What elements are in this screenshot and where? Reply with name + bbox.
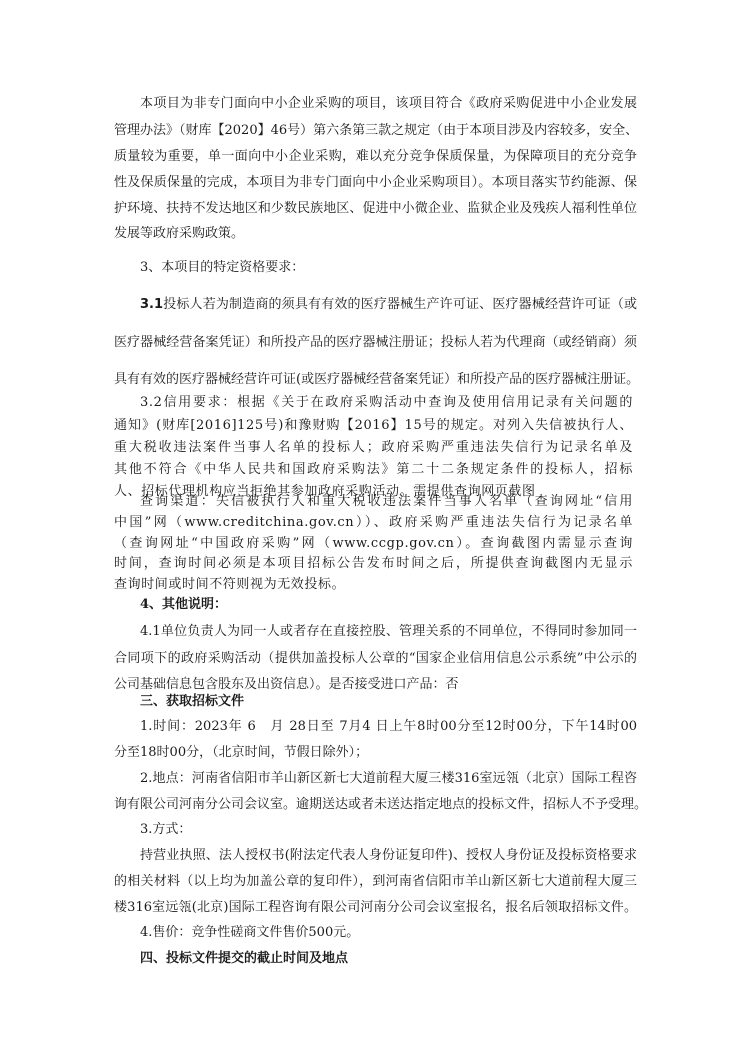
paragraph-line: 通知》(财库[2016]125号)和豫财购【2016】15号的规定。对列入失信被… — [114, 417, 633, 435]
paragraph-line: 中国”网（www.creditchina.gov.cn））、政府采购严重违法失信… — [114, 514, 633, 532]
paragraph-line: 4.售价：竞争性磋商文件售价500元。 — [140, 924, 637, 942]
paragraph-line: 1.时间：2023年 6 月 28日至 7月4 日上午8时00分至12时00分，… — [140, 718, 637, 736]
paragraph-line: 质量较为重要，单一面向中小企业采购，难以充分竞争保质保量，为保障项目的充分竞争 — [114, 148, 637, 166]
paragraph-line: 4.1单位负责人为同一人或者存在直接控股、管理关系的不同单位，不得同时参加同一 — [140, 623, 637, 641]
section-heading: 3、本项目的特定资格要求： — [140, 259, 637, 277]
paragraph-line: 3.1投标人若为制造商的须具有有效的医疗器械生产许可证、医疗器械经营许可证（或 — [140, 296, 637, 314]
paragraph-line: 2.地点：河南省信阳市羊山新区新七大道前程大厦三楼316室远瓴（北京）国际工程咨 — [140, 770, 637, 788]
paragraph-line: 时间，查询时间必须是本项目招标公告发布时间之后，所提供查询截图内无显示 — [114, 555, 633, 573]
paragraph-line: 公司基础信息包含股东及出资信息）。是否接受进口产品：否 — [114, 676, 637, 694]
part-heading: 三、获取招标文件 — [140, 693, 637, 711]
paragraph-line: 医疗器械经营备案凭证）和所投产品的医疗器械注册证；投标人若为代理商（或经销商）须 — [114, 334, 637, 352]
paragraph-line: 重大税收违法案件当事人名单的投标人；政府采购严重违法失信行为记录名单及 — [114, 439, 633, 457]
paragraph-line: 性及保质保量的完成，本项目为非专门面向中小企业采购项目）。本项目落实节约能源、保 — [114, 174, 637, 192]
paragraph-line: 查询渠道：失信被执行人和重大税收违法案件当事人名单（查询网址“信用 — [140, 493, 633, 511]
paragraph-line: 查询时间或时间不符则视为无效投标。 — [114, 576, 633, 594]
paragraph-line: 持营业执照、法人授权书(附法定代表人身份证复印件)、授权人身份证及投标资格要求 — [140, 847, 637, 865]
paragraph-line: 发展等政府采购政策。 — [114, 225, 637, 243]
paragraph-line: 合同项下的政府采购活动（提供加盖投标人公章的“国家企业信用信息公示系统”中公示的 — [114, 650, 637, 668]
paragraph-line: 询有限公司河南分公司会议室。逾期送达或者未送达指定地点的投标文件，招标人不予受理… — [114, 796, 637, 814]
clause-number: 3.1 — [140, 297, 163, 312]
section-heading: 4、其他说明： — [140, 596, 637, 614]
paragraph-line: 具有有效的医疗器械经营许可证(或医疗器械经营备案凭证）和所投产品的医疗器械注册证… — [114, 371, 637, 389]
paragraph-line: 管理办法》（财库【2020】46号）第六条第三款之规定（由于本项目涉及内容较多，… — [114, 122, 637, 140]
paragraph-line: 其他不符合《中华人民共和国政府采购法》第二十二条规定条件的投标人，招标 — [114, 461, 633, 479]
section-heading: 3.方式： — [140, 821, 637, 839]
paragraph-line: 的相关材料（以上均为加盖公章的复印件），到河南省信阳市羊山新区新七大道前程大厦三 — [114, 873, 637, 891]
paragraph-line: 护环境、扶持不发达地区和少数民族地区、促进中小微企业、监狱企业及残疾人福利性单位 — [114, 200, 637, 218]
document-page: 本项目为非专门面向中小企业采购的项目，该项目符合《政府采购促进中小企业发展 管理… — [0, 0, 750, 1060]
paragraph-line: 本项目为非专门面向中小企业采购的项目，该项目符合《政府采购促进中小企业发展 — [140, 95, 637, 113]
paragraph-line: 楼316室远瓴(北京)国际工程咨询有限公司河南分公司会议室报名，报名后领取招标文… — [114, 899, 637, 917]
paragraph-line: 3.2信用要求：根据《关于在政府采购活动中查询及使用信用记录有关问题的 — [140, 394, 633, 412]
clause-text: 投标人若为制造商的须具有有效的医疗器械生产许可证、医疗器械经营许可证（或 — [163, 297, 637, 312]
paragraph-line: 分至18时00分，（北京时间，节假日除外）； — [114, 744, 637, 762]
part-heading: 四、投标文件提交的截止时间及地点 — [140, 950, 637, 968]
paragraph-line: （查询网址“中国政府采购”网（www.ccgp.gov.cn）。查询截图内需显示… — [114, 535, 633, 553]
